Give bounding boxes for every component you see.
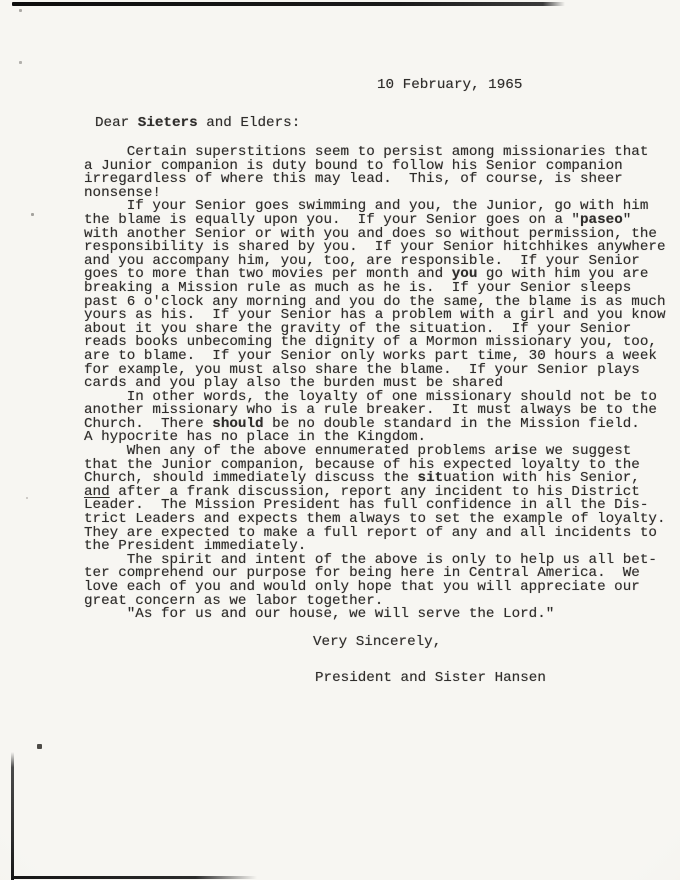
scan-speck: [31, 213, 34, 216]
scan-artifact-bottom-edge: [12, 876, 257, 879]
scan-speck: [37, 744, 42, 749]
letter-text-segment: irregardless of where this may lead. Thi…: [84, 171, 623, 187]
letter-line: "As for us and our house, we will serve …: [84, 608, 666, 622]
scan-artifact-top-edge: [12, 2, 565, 6]
letter-line: irregardless of where this may lead. Thi…: [84, 173, 666, 187]
scanned-letter-page: 10 February, 1965 Dear Sieters and Elder…: [0, 0, 680, 880]
letter-text-segment: "As for us and our house, we will serve …: [84, 606, 554, 622]
salutation: Dear Sieters and Elders:: [95, 117, 300, 131]
closing-line: Very Sincerely,: [313, 636, 441, 650]
scan-speck: [19, 61, 22, 64]
letter-line: Dear Sieters and Elders:: [95, 117, 300, 131]
scan-speck: [26, 497, 28, 499]
letter-body: Certain superstitions seem to persist am…: [84, 146, 666, 622]
signature-line: President and Sister Hansen: [315, 672, 546, 686]
letter-text-segment: Dear: [95, 115, 138, 131]
letter-date: 10 February, 1965: [377, 79, 522, 93]
letter-text-segment: and Elders:: [198, 115, 301, 131]
letter-text-segment: Sieters: [138, 115, 198, 131]
scan-artifact-left-edge: [11, 752, 14, 880]
scan-speck: [19, 9, 22, 12]
